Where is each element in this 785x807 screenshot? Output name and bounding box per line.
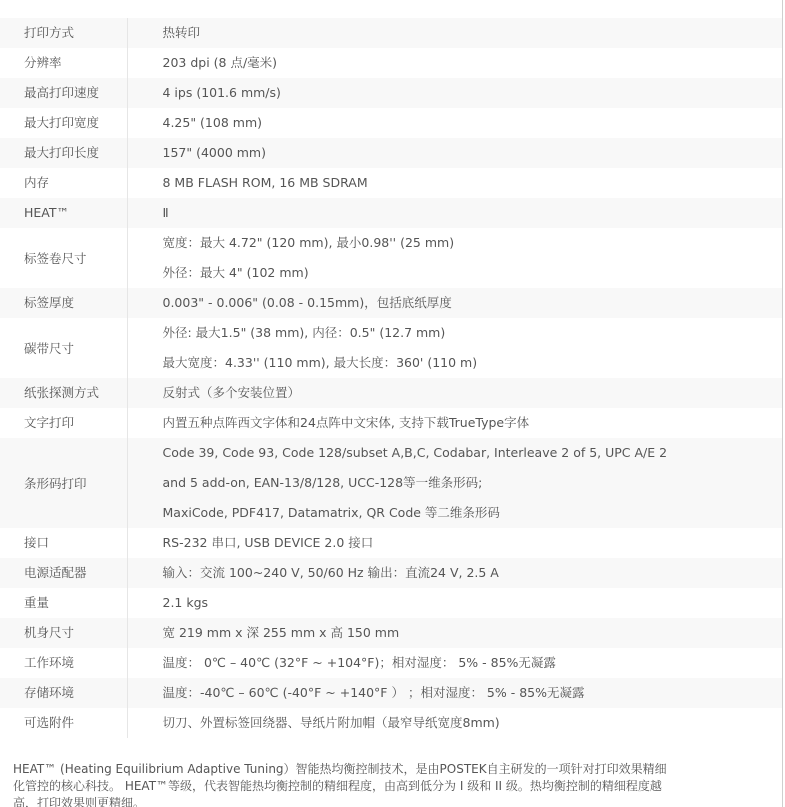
spec-label: 可选附件 (0, 708, 127, 738)
spec-value: 温度： 0℃ – 40℃ (32°F ~ +104°F)；相对湿度： 5% - … (127, 648, 782, 678)
spec-label: 最大打印长度 (0, 138, 127, 168)
spec-row-label-roll-size: 标签卷尺寸 宽度：最大 4.72" (120 mm), 最小0.98'' (25… (0, 228, 782, 288)
spec-value: 4 ips (101.6 mm/s) (127, 78, 782, 108)
spec-label: 工作环境 (0, 648, 127, 678)
heat-footnote: HEAT™ (Heating Equilibrium Adaptive Tuni… (13, 761, 673, 807)
spec-value: 157" (4000 mm) (127, 138, 782, 168)
spec-label: 电源适配器 (0, 558, 127, 588)
spec-row-label-thickness: 标签厚度 0.003" - 0.006" (0.08 - 0.15mm)，包括底… (0, 288, 782, 318)
spec-row-max-width: 最大打印宽度 4.25" (108 mm) (0, 108, 782, 138)
spec-value: 输入：交流 100~240 V, 50/60 Hz 输出：直流24 V, 2.5… (127, 558, 782, 588)
spec-row-max-length: 最大打印长度 157" (4000 mm) (0, 138, 782, 168)
spec-label: 标签卷尺寸 (0, 228, 127, 288)
spec-row-max-speed: 最高打印速度 4 ips (101.6 mm/s) (0, 78, 782, 108)
spec-label: 重量 (0, 588, 127, 618)
spec-row-memory: 内存 8 MB FLASH ROM, 16 MB SDRAM (0, 168, 782, 198)
spec-row-media-sensor: 纸张探测方式 反射式（多个安装位置） (0, 378, 782, 408)
spec-row-resolution: 分辨率 203 dpi (8 点/毫米) (0, 48, 782, 78)
spec-row-print-method: 打印方式 热转印 (0, 18, 782, 48)
spec-value: 内置五种点阵西文字体和24点阵中文宋体, 支持下载TrueType字体 (127, 408, 782, 438)
spec-value: 热转印 (127, 18, 782, 48)
spec-value: Ⅱ (127, 198, 782, 228)
spec-value: 宽度：最大 4.72" (120 mm), 最小0.98'' (25 mm) 外… (127, 228, 782, 288)
spec-value: RS-232 串口, USB DEVICE 2.0 接口 (127, 528, 782, 558)
spec-value: 切刀、外置标签回绕器、导纸片附加帽（最窄导纸宽度8mm) (127, 708, 782, 738)
spec-row-barcode-printing: 条形码打印 Code 39, Code 93, Code 128/subset … (0, 438, 782, 528)
spec-row-heat: HEAT™ Ⅱ (0, 198, 782, 228)
spec-label: 最大打印宽度 (0, 108, 127, 138)
spec-row-storage-env: 存储环境 温度：-40℃ – 60℃ (-40°F ~ +140°F ） ；相对… (0, 678, 782, 708)
spec-label: 内存 (0, 168, 127, 198)
spec-label: 碳带尺寸 (0, 318, 127, 378)
spec-value: 0.003" - 0.006" (0.08 - 0.15mm)，包括底纸厚度 (127, 288, 782, 318)
spec-row-dimensions: 机身尺寸 宽 219 mm x 深 255 mm x 高 150 mm (0, 618, 782, 648)
spec-label: 分辨率 (0, 48, 127, 78)
spec-label: 标签厚度 (0, 288, 127, 318)
spec-row-power-adapter: 电源适配器 输入：交流 100~240 V, 50/60 Hz 输出：直流24 … (0, 558, 782, 588)
spec-value: 4.25" (108 mm) (127, 108, 782, 138)
spec-label: 打印方式 (0, 18, 127, 48)
spec-value: 203 dpi (8 点/毫米) (127, 48, 782, 78)
spec-row-ribbon-size: 碳带尺寸 外径: 最大1.5" (38 mm), 内径：0.5" (12.7 m… (0, 318, 782, 378)
spec-value: 2.1 kgs (127, 588, 782, 618)
spec-value: 反射式（多个安装位置） (127, 378, 782, 408)
spec-table: 打印方式 热转印 分辨率 203 dpi (8 点/毫米) 最高打印速度 4 i… (0, 18, 782, 738)
spec-row-text-printing: 文字打印 内置五种点阵西文字体和24点阵中文宋体, 支持下载TrueType字体 (0, 408, 782, 438)
spec-label: 纸张探测方式 (0, 378, 127, 408)
spec-value: 外径: 最大1.5" (38 mm), 内径：0.5" (12.7 mm) 最大… (127, 318, 782, 378)
spec-value: Code 39, Code 93, Code 128/subset A,B,C,… (127, 438, 782, 528)
spec-row-options: 可选附件 切刀、外置标签回绕器、导纸片附加帽（最窄导纸宽度8mm) (0, 708, 782, 738)
spec-label: 接口 (0, 528, 127, 558)
spec-label: 存储环境 (0, 678, 127, 708)
spec-label: 文字打印 (0, 408, 127, 438)
right-border-rule (782, 0, 783, 807)
spec-value: 8 MB FLASH ROM, 16 MB SDRAM (127, 168, 782, 198)
spec-value: 温度：-40℃ – 60℃ (-40°F ~ +140°F ） ；相对湿度： 5… (127, 678, 782, 708)
spec-row-operating-env: 工作环境 温度： 0℃ – 40℃ (32°F ~ +104°F)；相对湿度： … (0, 648, 782, 678)
spec-label: 机身尺寸 (0, 618, 127, 648)
spec-row-interface: 接口 RS-232 串口, USB DEVICE 2.0 接口 (0, 528, 782, 558)
spec-value: 宽 219 mm x 深 255 mm x 高 150 mm (127, 618, 782, 648)
spec-row-weight: 重量 2.1 kgs (0, 588, 782, 618)
spec-label: HEAT™ (0, 198, 127, 228)
spec-label: 最高打印速度 (0, 78, 127, 108)
spec-label: 条形码打印 (0, 438, 127, 528)
